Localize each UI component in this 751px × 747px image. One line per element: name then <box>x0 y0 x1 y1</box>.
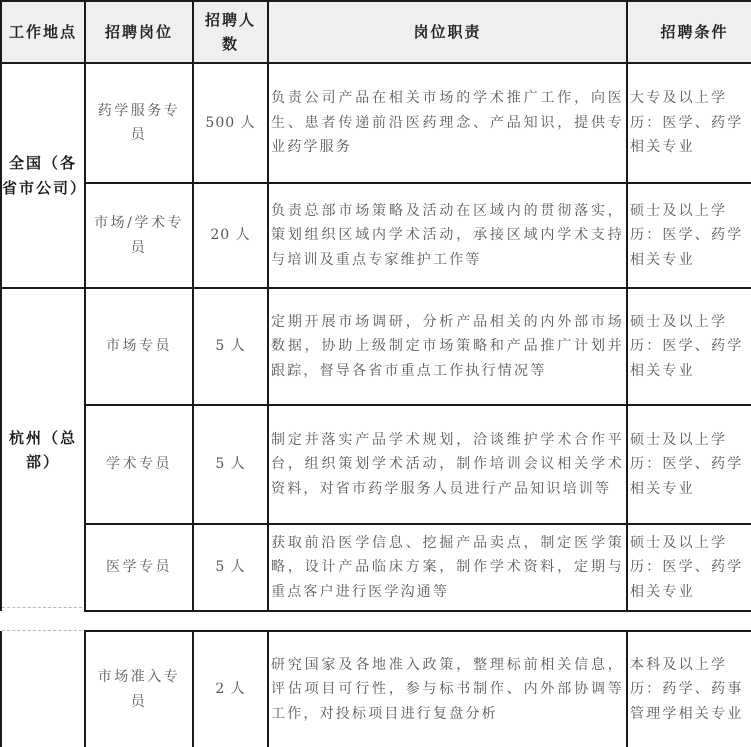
table-row: 市场准入专员 2 人 研究国家及各地准入政策，整理标前相关信息，评估项目可行性，… <box>1 631 751 747</box>
header-row: 工作地点 招聘岗位 招聘人数 岗位职责 招聘条件 <box>1 1 751 63</box>
table-row: 医学专员 5 人 获取前沿医学信息、挖掘产品卖点，制定医学策略，设计产品临床方案… <box>1 524 751 611</box>
count-cell: 20 人 <box>193 183 268 288</box>
duties-cell: 研究国家及各地准入政策，整理标前相关信息，评估项目可行性，参与标书制作、内外部协… <box>268 631 627 747</box>
table-row: 学术专员 5 人 制定并落实产品学术规划，洽谈维护学术合作平台，组织策划学术活动… <box>1 405 751 524</box>
position-cell: 学术专员 <box>85 405 193 524</box>
table-row: 杭州（总部） 市场专员 5 人 定期开展市场调研，分析产品相关的内外部市场数据，… <box>1 288 751 405</box>
header-requirements: 招聘条件 <box>627 1 751 63</box>
duties-cell: 制定并落实产品学术规划，洽谈维护学术合作平台，组织策划学术活动，制作培训会议相关… <box>268 405 627 524</box>
count-cell: 5 人 <box>193 524 268 611</box>
recruitment-table-page-1: 工作地点 招聘岗位 招聘人数 岗位职责 招聘条件 全国（各省市公司） 药学服务专… <box>0 0 751 612</box>
count-cell: 500 人 <box>193 63 268 183</box>
location-cell: 杭州（总部） <box>1 288 85 611</box>
count-cell: 5 人 <box>193 288 268 405</box>
position-cell: 市场专员 <box>85 288 193 405</box>
header-position: 招聘岗位 <box>85 1 193 63</box>
location-cell <box>1 631 85 747</box>
count-cell: 2 人 <box>193 631 268 747</box>
duties-cell: 负责总部市场策略及活动在区域内的贯彻落实，策划组织区域内学术活动，承接区域内学术… <box>268 183 627 288</box>
count-cell: 5 人 <box>193 405 268 524</box>
position-cell: 市场准入专员 <box>85 631 193 747</box>
position-cell: 医学专员 <box>85 524 193 611</box>
duties-cell: 负责公司产品在相关市场的学术推广工作，向医生、患者传递前沿医药理念、产品知识，提… <box>268 63 627 183</box>
table-row: 市场/学术专员 20 人 负责总部市场策略及活动在区域内的贯彻落实，策划组织区域… <box>1 183 751 288</box>
duties-cell: 定期开展市场调研，分析产品相关的内外部市场数据，协助上级制定市场策略和产品推广计… <box>268 288 627 405</box>
position-cell: 市场/学术专员 <box>85 183 193 288</box>
header-duties: 岗位职责 <box>268 1 627 63</box>
requirements-cell: 硕士及以上学历：医学、药学相关专业 <box>627 524 751 611</box>
requirements-cell: 硕士及以上学历：医学、药学相关专业 <box>627 183 751 288</box>
requirements-cell: 大专及以上学历：医学、药学相关专业 <box>627 63 751 183</box>
requirements-cell: 硕士及以上学历：医学、药学相关专业 <box>627 288 751 405</box>
requirements-cell: 本科及以上学历：药学、药事管理学相关专业 <box>627 631 751 747</box>
position-cell: 药学服务专员 <box>85 63 193 183</box>
requirements-cell: 硕士及以上学历：医学、药学相关专业 <box>627 405 751 524</box>
table-row: 全国（各省市公司） 药学服务专员 500 人 负责公司产品在相关市场的学术推广工… <box>1 63 751 183</box>
page-break-dash-top <box>2 607 82 608</box>
duties-cell: 获取前沿医学信息、挖掘产品卖点，制定医学策略，设计产品临床方案，制作学术资料，定… <box>268 524 627 611</box>
header-count: 招聘人数 <box>193 1 268 63</box>
location-cell: 全国（各省市公司） <box>1 63 85 288</box>
header-location: 工作地点 <box>1 1 85 63</box>
recruitment-table-page-2: 市场准入专员 2 人 研究国家及各地准入政策，整理标前相关信息，评估项目可行性，… <box>0 630 751 747</box>
